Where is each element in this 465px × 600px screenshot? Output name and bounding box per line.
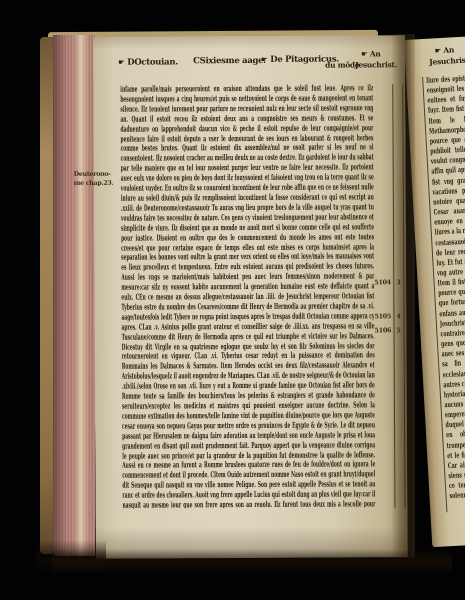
margin-date-world-3: 5106	[375, 326, 392, 334]
margin-date-christ-3: 5	[397, 326, 401, 334]
book-fore-edge	[53, 35, 95, 556]
year-col-jesuchrist-label: Jesuchrist.	[355, 60, 397, 69]
main-text: infame parolle/mais perseueroient en ora…	[120, 83, 375, 508]
date-column-rule-2	[402, 84, 405, 508]
open-book-photo: ☛ DOctouian. CSixiesme aage. ☛ De Pitago…	[0, 0, 465, 600]
margin-date-christ-2: 4	[396, 312, 400, 320]
right-page-head-jesuchrist-label: Jesuchrist	[429, 55, 465, 66]
manicule-icon: ☛	[434, 46, 441, 55]
running-head-octovian: ☛ DOctouian.	[118, 57, 178, 67]
right-page-head-an: ☛ An	[434, 45, 454, 55]
running-head-sixiesme-aage: CSixiesme aage.	[193, 56, 266, 66]
running-head-sixiesme-label: CSixiesme aage.	[193, 56, 266, 66]
right-page-partial: ☛ An Jesuchrist liure des epistres fenem…	[404, 34, 465, 547]
manicule-icon: ☛	[118, 58, 124, 67]
year-column-head-an: ☛ An	[361, 49, 380, 58]
photo-background: { "glyphs": { "manicule": "☛" }, "left_p…	[0, 0, 465, 600]
margin-date-christ-1: 3	[396, 278, 400, 286]
manicule-icon: ☛	[261, 55, 267, 64]
right-page-head-jesuchrist: Jesuchrist	[429, 55, 465, 66]
right-page-text-column: liure des epistres fenemines; lesquelles…	[426, 69, 465, 527]
year-col-an-label: An	[370, 49, 381, 58]
manicule-icon: ☛	[361, 49, 367, 58]
year-column-head-jesuchrist: Jesuchrist.	[355, 60, 397, 69]
right-page-head-an-label: An	[443, 45, 454, 55]
date-column-rule-1	[392, 84, 395, 508]
left-page: ☛ DOctouian. CSixiesme aage. ☛ De Pitago…	[93, 35, 408, 559]
margin-date-world-2: 5105	[374, 312, 391, 320]
running-head-octovian-label: DOctouian.	[127, 57, 178, 67]
book-spine	[40, 37, 53, 554]
main-text-column: infame parolle/mais perseueroient en ora…	[120, 83, 375, 508]
right-page-text: liure des epistres fenemines; lesquelles…	[426, 70, 465, 502]
margin-date-world-1: 5104	[374, 278, 391, 286]
